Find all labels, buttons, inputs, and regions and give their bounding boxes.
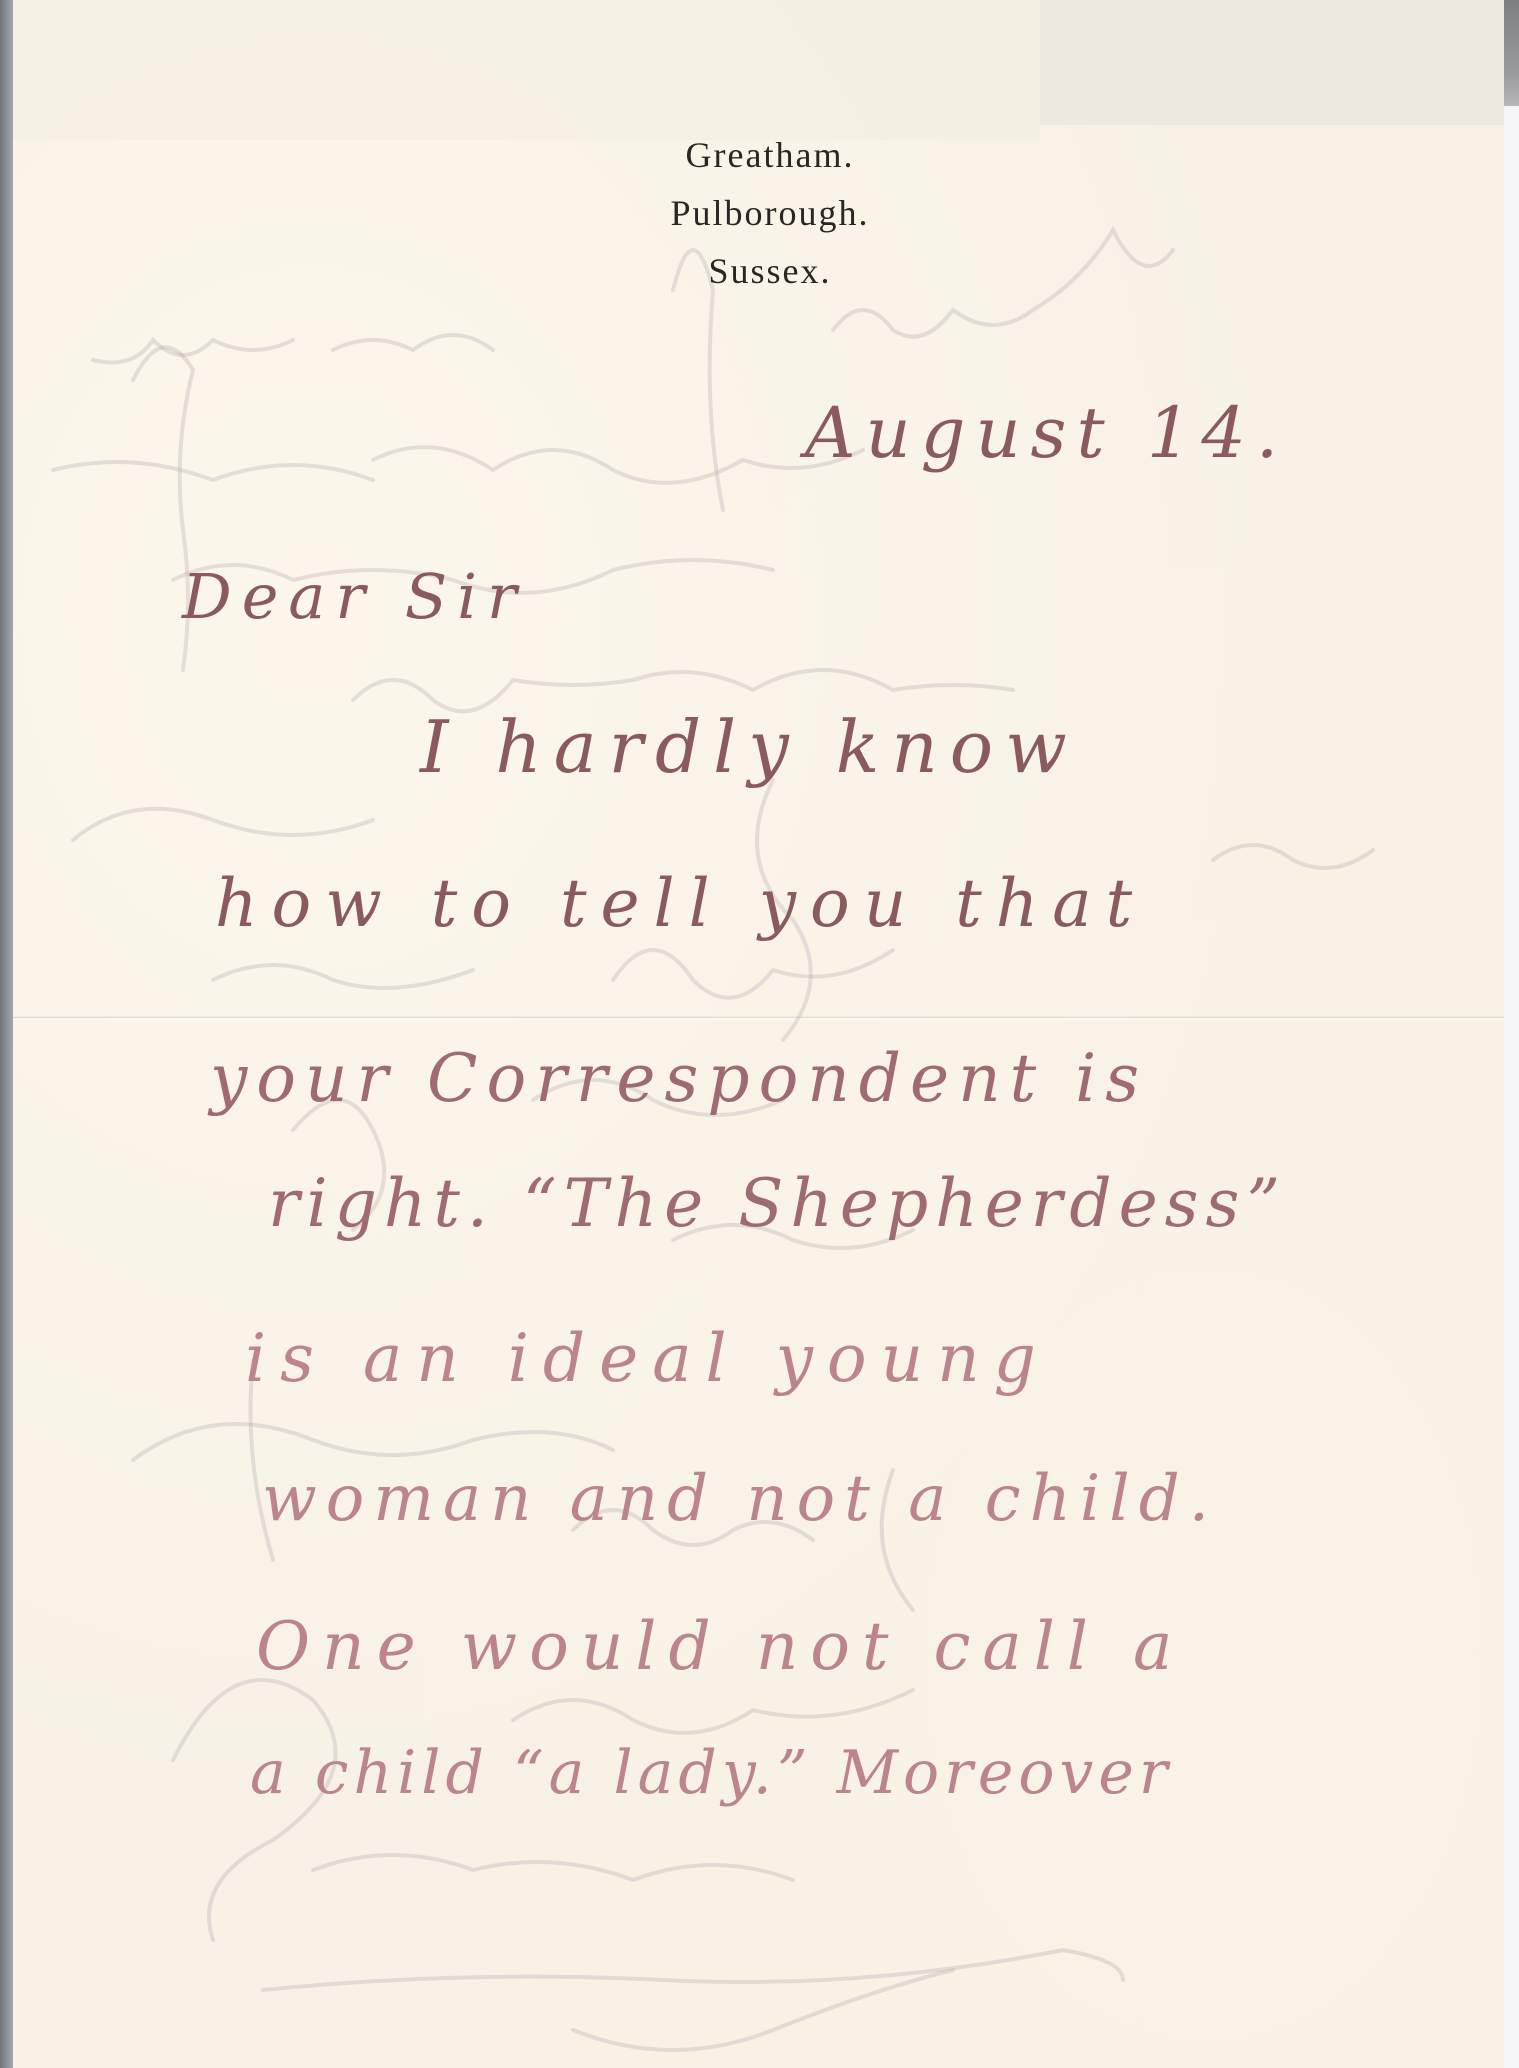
- body-line-1: I hardly know: [420, 705, 1079, 789]
- body-line-7: One would not call a: [256, 1608, 1184, 1685]
- body-line-8: a child “a lady.” Moreover: [250, 1738, 1173, 1808]
- letter-salutation: Dear Sir: [182, 560, 527, 633]
- letterhead: Greatham. Pulborough. Sussex.: [560, 126, 980, 300]
- body-line-4: right. “The Shepherdess”: [268, 1165, 1287, 1242]
- letterhead-line-1: Greatham.: [560, 126, 980, 184]
- letterhead-line-2: Pulborough.: [560, 184, 980, 242]
- paper-discoloration-top-right: [1040, 0, 1504, 125]
- body-line-6: woman and not a child.: [262, 1462, 1218, 1536]
- paper-discoloration: [13, 0, 1040, 140]
- fold-crease: [13, 1016, 1504, 1020]
- letterhead-line-3: Sussex.: [560, 242, 980, 300]
- letter-date: August 14.: [805, 392, 1288, 474]
- scanner-edge-right-top: [1504, 0, 1519, 106]
- body-line-5: is an ideal young: [245, 1320, 1050, 1397]
- body-line-3: your Correspondent is: [210, 1040, 1148, 1117]
- scanner-edge-right: [1504, 106, 1519, 2068]
- body-line-2: how to tell you that: [215, 865, 1146, 942]
- scanner-edge-left: [0, 0, 13, 2068]
